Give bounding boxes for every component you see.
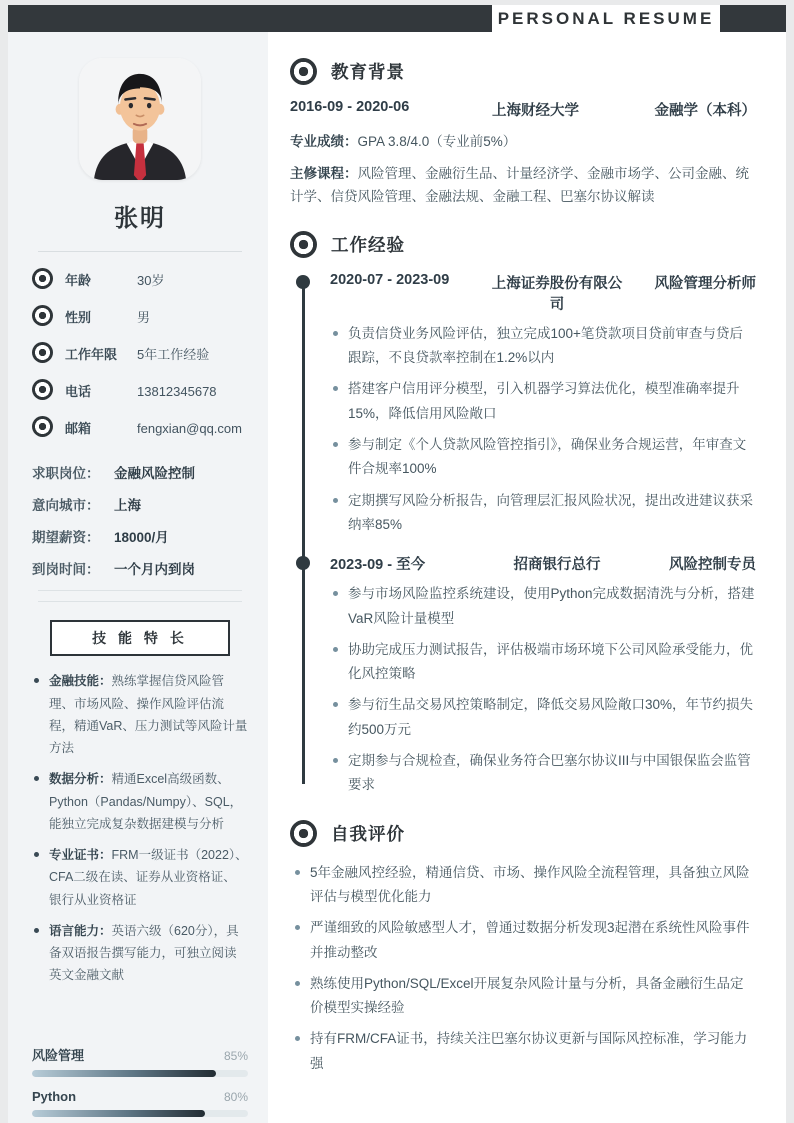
education-title: 教育背景 xyxy=(331,59,405,84)
section-ring-icon xyxy=(290,820,317,847)
intent-label: 求职岗位： xyxy=(32,462,114,482)
job-header: 2020-07 - 2023-09 上海证券股份有限公司 风险管理分析师 xyxy=(330,272,756,314)
job-bullet: 参与制定《个人贷款风险管控指引》，确保业务合规运营，年审查文件合规率100% xyxy=(330,433,756,482)
job-bullet: 协助完成压力测试报告，评估极端市场环境下公司风险承受能力，优化风控策略 xyxy=(330,638,756,687)
skill-item-certificates: 专业证书：FRM一级证书（2022）、CFA二级在读、证券从业资格证、银行从业资… xyxy=(32,844,248,911)
bullet-ring-icon xyxy=(32,416,53,437)
job-bullet: 参与衍生品交易风控策略制定，降低交易风险敞口30%，年节约损失约500万元 xyxy=(330,693,756,742)
info-row-age: 年龄 30岁 xyxy=(32,268,248,292)
education-row: 2016-09 - 2020-06 上海财经大学 金融学（本科） xyxy=(290,99,756,120)
courses-value: 风险管理、金融衍生品、计量经济学、金融市场学、公司金融、统计学、信贷风险管理、金… xyxy=(290,166,749,205)
bullet-dot-icon xyxy=(34,678,39,683)
avatar-illustration xyxy=(79,58,201,180)
skill-bars: 风险管理 85% Python 80% xyxy=(32,1033,248,1117)
gpa-value: GPA 3.8/4.0（专业前5%） xyxy=(358,134,517,149)
job-entry-1: 2020-07 - 2023-09 上海证券股份有限公司 风险管理分析师 负责信… xyxy=(290,272,756,537)
bullet-ring-icon xyxy=(32,305,53,326)
bullet-dot-icon xyxy=(34,776,39,781)
info-label: 邮箱 xyxy=(65,416,137,437)
self-evaluation-section: 自我评价 5年金融风控经验，精通信贷、市场、操作风险全流程管理，具备独立风险评估… xyxy=(290,820,756,1076)
job-period: 2020-07 - 2023-09 xyxy=(330,272,488,288)
banner-title: PERSONAL RESUME xyxy=(498,9,715,29)
info-label: 年龄 xyxy=(65,268,137,289)
bullet-ring-icon xyxy=(32,268,53,289)
intent-row-position: 求职岗位： 金融风险控制 xyxy=(32,462,248,482)
job-company: 上海证券股份有限公司 xyxy=(488,272,626,314)
intent-value: 金融风险控制 xyxy=(114,462,195,482)
skills-section-title: 技 能 特 长 xyxy=(50,620,230,656)
job-position: 风险控制专员 xyxy=(626,553,756,574)
job-bullet: 参与市场风险监控系统建设，使用Python完成数据清洗与分析，搭建VaR风险计量… xyxy=(330,582,756,631)
skill-label: 专业证书： xyxy=(49,848,112,862)
info-label: 工作年限 xyxy=(65,342,137,363)
intent-value: 18000/月 xyxy=(114,526,169,546)
info-value: 13812345678 xyxy=(137,379,248,403)
education-section: 教育背景 2016-09 - 2020-06 上海财经大学 金融学（本科） 专业… xyxy=(290,58,756,209)
summary-bullet: 严谨细致的风险敏感型人才，曾通过数据分析发现3起潜在系统性风险事件并推动整改 xyxy=(292,916,756,965)
section-ring-icon xyxy=(290,231,317,258)
skills-list: 金融技能：熟练掌握信贷风险管理、市场风险、操作风险评估流程，精通VaR、压力测试… xyxy=(32,670,248,986)
intent-value: 一个月内到岗 xyxy=(114,558,195,578)
bar-fill xyxy=(32,1070,216,1077)
skill-label: 金融技能： xyxy=(49,674,112,688)
bullet-dot-icon xyxy=(34,852,39,857)
intent-row-salary: 期望薪资： 18000/月 xyxy=(32,526,248,546)
job-bullet: 定期参与合规检查，确保业务符合巴塞尔协议III与中国银保监会监管要求 xyxy=(330,749,756,798)
bar-label: 风险管理 xyxy=(32,1045,84,1064)
work-title: 工作经验 xyxy=(331,232,405,257)
job-bullet-list: 参与市场风险监控系统建设，使用Python完成数据清洗与分析，搭建VaR风险计量… xyxy=(330,582,756,797)
bullet-ring-icon xyxy=(32,342,53,363)
summary-title: 自我评价 xyxy=(331,821,405,846)
skill-item-finance: 金融技能：熟练掌握信贷风险管理、市场风险、操作风险评估流程，精通VaR、压力测试… xyxy=(32,670,248,759)
bar-percent: 80% xyxy=(224,1090,248,1104)
job-position: 风险管理分析师 xyxy=(626,272,756,293)
divider xyxy=(38,590,242,591)
bar-label: Python xyxy=(32,1089,76,1104)
summary-bullet: 5年金融风控经验，精通信贷、市场、操作风险全流程管理，具备独立风险评估与模型优化… xyxy=(292,861,756,910)
skill-label: 语言能力： xyxy=(49,924,112,938)
education-degree: 金融学（本科） xyxy=(606,99,756,120)
intent-value: 上海 xyxy=(114,494,141,514)
info-row-gender: 性别 男 xyxy=(32,305,248,329)
sidebar: 张明 年龄 30岁 性别 男 工作年限 5年工作经验 xyxy=(8,32,268,1123)
bullet-ring-icon xyxy=(32,379,53,400)
bar-fill xyxy=(32,1110,205,1117)
skill-label: 数据分析： xyxy=(49,772,112,786)
skill-item-language: 语言能力：英语六级（620分），具备双语报告撰写能力，可独立阅读英文金融文献 xyxy=(32,920,248,987)
education-courses: 主修课程：风险管理、金融衍生品、计量经济学、金融市场学、公司金融、统计学、信贷风… xyxy=(290,162,756,209)
profile-photo xyxy=(79,58,201,180)
personal-info-list: 年龄 30岁 性别 男 工作年限 5年工作经验 电话 13812345678 xyxy=(32,268,248,440)
summary-bullet: 熟练使用Python/SQL/Excel开展复杂风险计量与分析，具备金融衍生品定… xyxy=(292,972,756,1021)
intent-label: 到岗时间： xyxy=(32,558,114,578)
top-banner: PERSONAL RESUME xyxy=(8,5,786,32)
divider xyxy=(38,601,242,602)
courses-label: 主修课程： xyxy=(290,166,358,181)
summary-bullet-list: 5年金融风控经验，精通信贷、市场、操作风险全流程管理，具备独立风险评估与模型优化… xyxy=(292,861,756,1076)
info-value: fengxian@qq.com xyxy=(137,416,248,440)
candidate-name: 张明 xyxy=(32,198,248,233)
bar-percent: 85% xyxy=(224,1049,248,1063)
job-header: 2023-09 - 至今 招商银行总行 风险控制专员 xyxy=(330,553,756,574)
intent-row-availability: 到岗时间： 一个月内到岗 xyxy=(32,558,248,578)
job-period: 2023-09 - 至今 xyxy=(330,553,488,574)
info-value: 30岁 xyxy=(137,268,248,292)
education-gpa: 专业成绩：GPA 3.8/4.0（专业前5%） xyxy=(290,130,756,154)
info-row-experience-years: 工作年限 5年工作经验 xyxy=(32,342,248,366)
job-company: 招商银行总行 xyxy=(514,553,601,574)
intent-label: 期望薪资： xyxy=(32,526,114,546)
job-bullet-list: 负责信贷业务风险评估，独立完成100+笔贷款项目贷前审查与贷后跟踪，不良贷款率控… xyxy=(330,322,756,537)
divider xyxy=(38,251,242,252)
bar-track xyxy=(32,1070,248,1077)
education-period: 2016-09 - 2020-06 xyxy=(290,99,465,115)
main-column: 教育背景 2016-09 - 2020-06 上海财经大学 金融学（本科） 专业… xyxy=(268,32,786,1123)
intent-label: 意向城市： xyxy=(32,494,114,514)
timeline-dot-icon xyxy=(296,556,310,570)
info-label: 电话 xyxy=(65,379,137,400)
skill-bar-risk-management: 风险管理 85% xyxy=(32,1045,248,1077)
job-bullet: 负责信贷业务风险评估，独立完成100+笔贷款项目贷前审查与贷后跟踪，不良贷款率控… xyxy=(330,322,756,371)
job-bullet: 搭建客户信用评分模型，引入机器学习算法优化，模型准确率提升15%，降低信用风险敞… xyxy=(330,377,756,426)
banner-title-box: PERSONAL RESUME xyxy=(492,5,720,32)
education-school: 上海财经大学 xyxy=(465,99,606,120)
work-section: 工作经验 2020-07 - 2023-09 上海证券股份有限公司 风险管理分析… xyxy=(290,231,756,798)
intent-row-city: 意向城市： 上海 xyxy=(32,494,248,514)
info-row-email: 邮箱 fengxian@qq.com xyxy=(32,416,248,440)
bar-track xyxy=(32,1110,248,1117)
bullet-dot-icon xyxy=(34,928,39,933)
section-ring-icon xyxy=(290,58,317,85)
skill-bar-python: Python 80% xyxy=(32,1089,248,1117)
job-entry-2: 2023-09 - 至今 招商银行总行 风险控制专员 参与市场风险监控系统建设，… xyxy=(290,553,756,797)
summary-bullet: 持有FRM/CFA证书，持续关注巴塞尔协议更新与国际风控标准，学习能力强 xyxy=(292,1027,756,1076)
gpa-label: 专业成绩： xyxy=(290,134,358,149)
info-row-phone: 电话 13812345678 xyxy=(32,379,248,403)
job-bullet: 定期撰写风险分析报告，向管理层汇报风险状况，提出改进建议获采纳率85% xyxy=(330,489,756,538)
skill-item-data-analysis: 数据分析：精通Excel高级函数、Python（Pandas/Numpy）、SQ… xyxy=(32,768,248,835)
work-timeline: 2020-07 - 2023-09 上海证券股份有限公司 风险管理分析师 负责信… xyxy=(290,272,756,798)
info-value: 5年工作经验 xyxy=(137,342,248,366)
job-intention-list: 求职岗位： 金融风险控制 意向城市： 上海 期望薪资： 18000/月 到岗时间… xyxy=(32,462,248,578)
timeline-dot-icon xyxy=(296,275,310,289)
info-label: 性别 xyxy=(65,305,137,326)
resume-page: PERSONAL RESUME xyxy=(8,5,786,1123)
info-value: 男 xyxy=(137,305,248,329)
